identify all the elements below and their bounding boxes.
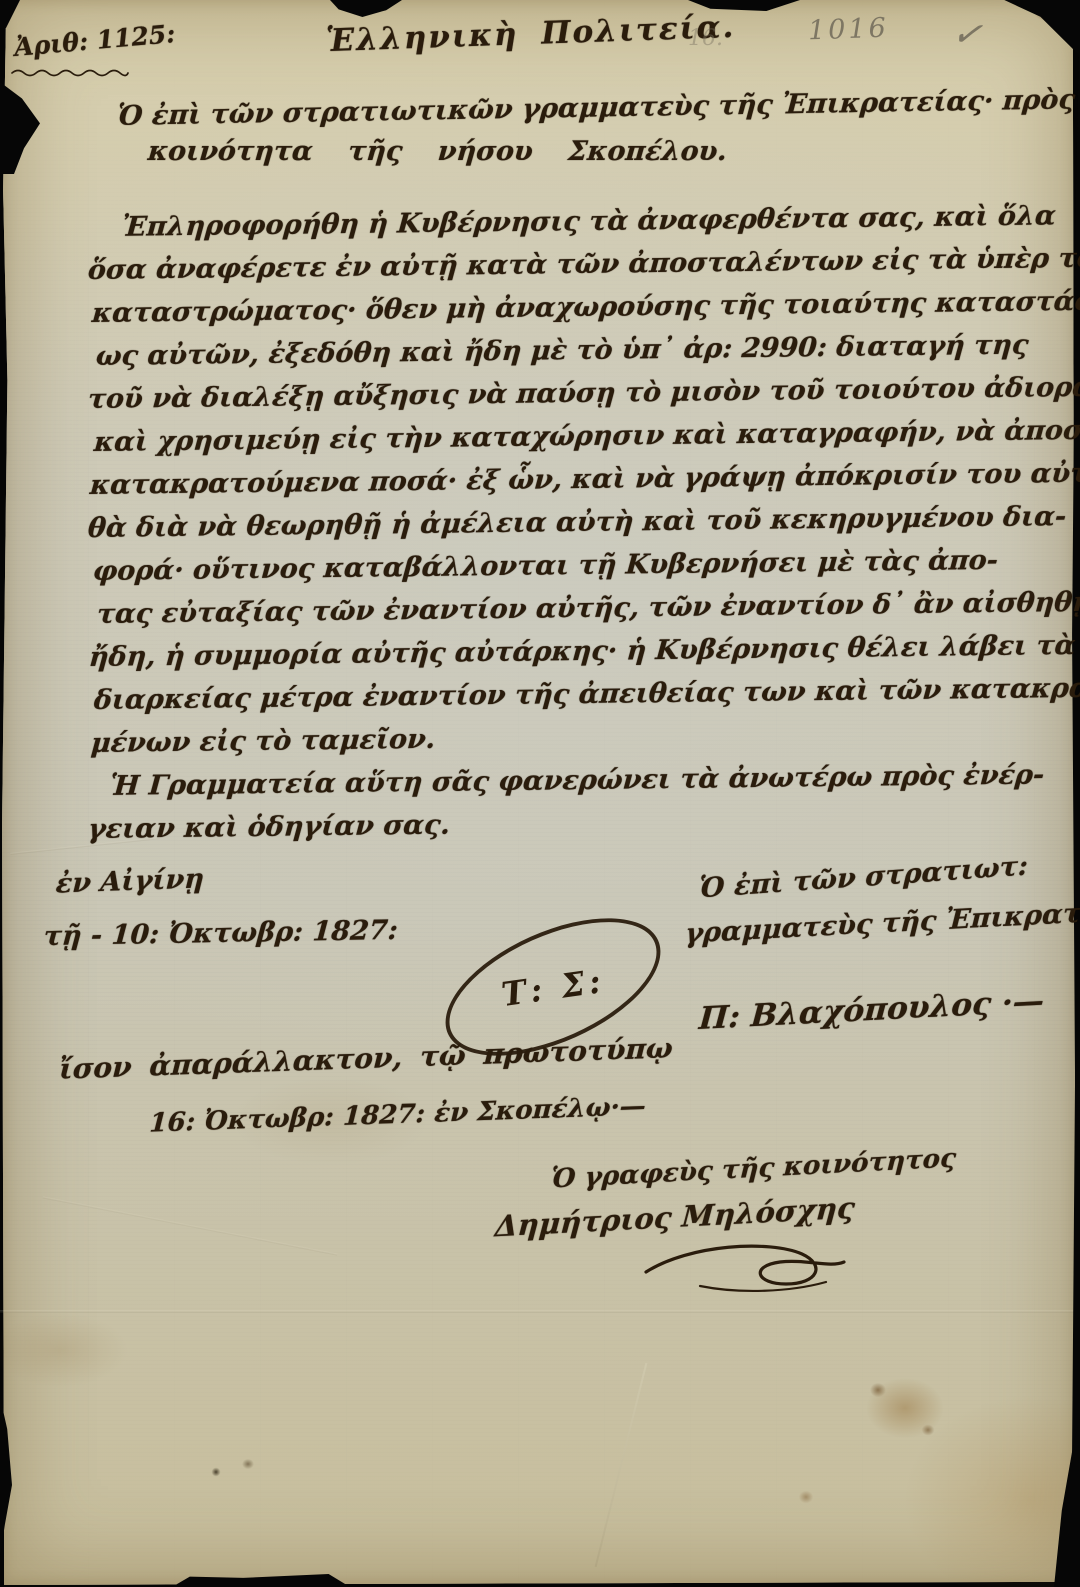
address-line: κοινότητα τῆς νήσου Σκοπέλου. — [147, 136, 729, 167]
pencil-note-faint: 16. — [688, 26, 723, 51]
pencil-checkmark-icon: ✓ — [949, 12, 985, 57]
seal-text: Τ: Σ: — [499, 960, 607, 1013]
reference-underline-squiggle — [10, 66, 132, 80]
pencil-archive-number: 1016 — [807, 13, 889, 47]
signature-flourish — [640, 1238, 850, 1294]
body-paragraph-2: Ἡ Γραμματεία αὕτη σᾶς φανερώνει τὰ ἀνωτέ… — [88, 765, 1073, 851]
scan-background: Ἀριθ: 1125: Ἑλληνικὴ Πολιτεία. 16. 1016 … — [0, 0, 1080, 1587]
body-paragraph-1: Ἐπληροφορήθη ἡ Κυβέρνησις τὰ ἀναφερθέντα… — [88, 206, 1073, 765]
dateline-place: ἐν Αἰγίνῃ — [55, 863, 205, 899]
dateline-date: τῇ - 10: Ὀκτωβρ: 1827: — [43, 915, 399, 952]
